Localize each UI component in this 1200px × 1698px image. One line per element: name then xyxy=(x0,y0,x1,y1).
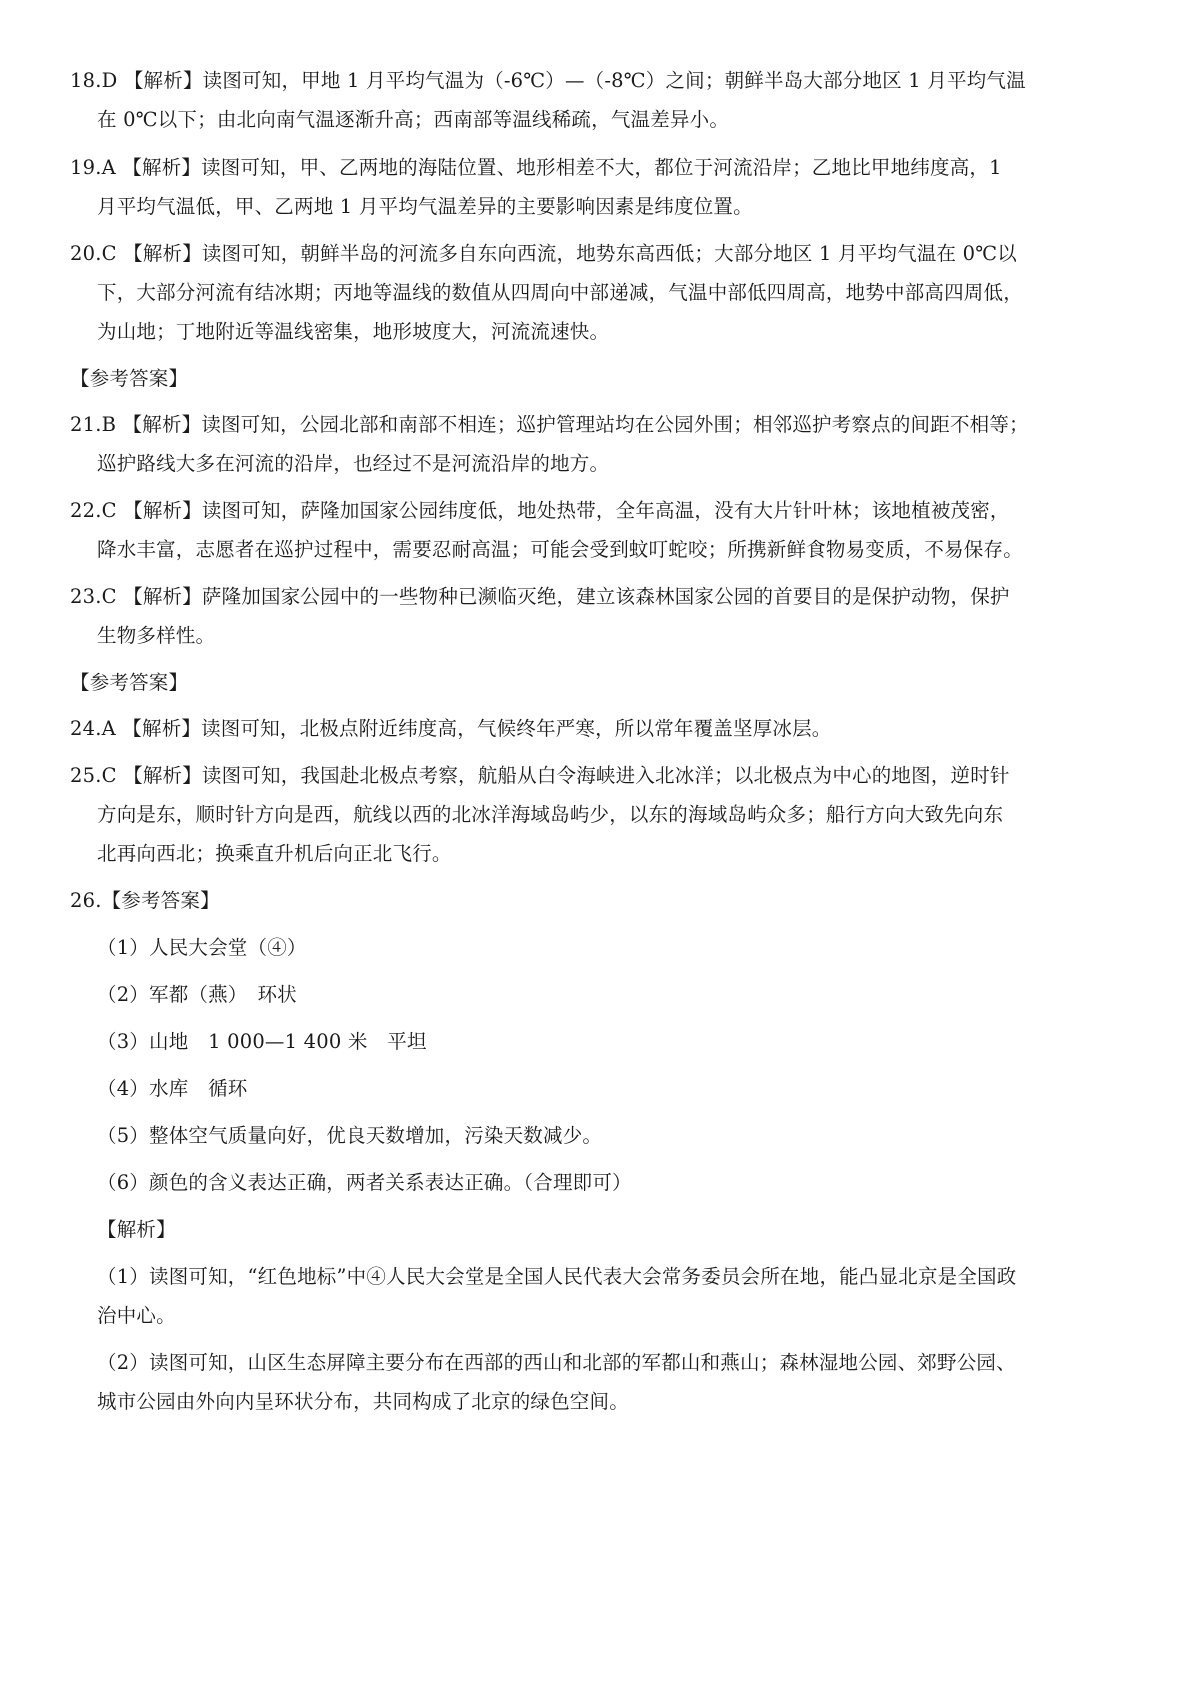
q21-line-2: 巡护路线大多在河流的沿岸，也经过不是河流沿岸的地方。 xyxy=(97,451,609,477)
q26-heading: 26.【参考答案】 xyxy=(70,888,220,914)
q26-analysis-p2-line-1: （2）读图可知，山区生态屏障主要分布在西部的西山和北部的军都山和燕山；森林湿地公… xyxy=(97,1350,1016,1376)
q22-line-1: 22.C 【解析】读图可知，萨隆加国家公园纬度低，地处热带，全年高温，没有大片针… xyxy=(70,498,1010,524)
q23-line-1: 23.C 【解析】萨隆加国家公园中的一些物种已濒临灭绝，建立该森林国家公园的首要… xyxy=(70,584,1010,610)
q26-answer-5: （5）整体空气质量向好，优良天数增加，污染天数减少。 xyxy=(97,1123,602,1149)
q25-line-1: 25.C 【解析】读图可知，我国赴北极点考察，航船从白令海峡进入北冰洋；以北极点… xyxy=(70,763,1010,789)
q26-answer-3: （3）山地 1 000—1 400 米 平坦 xyxy=(97,1029,427,1055)
q26-analysis-p1-line-1: （1）读图可知，“红色地标”中④人民大会堂是全国人民代表大会常务委员会所在地，能… xyxy=(97,1264,1016,1290)
q26-answer-4: （4）水库 循环 xyxy=(97,1076,248,1102)
q20-line-1: 20.C 【解析】读图可知，朝鲜半岛的河流多自东向西流，地势东高西低；大部分地区… xyxy=(70,241,1017,267)
q18-line-1: 18.D 【解析】读图可知，甲地 1 月平均气温为（-6℃）—（-8℃）之间；朝… xyxy=(70,68,1026,94)
q19-line-1: 19.A 【解析】读图可知，甲、乙两地的海陆位置、地形相差不大，都位于河流沿岸；… xyxy=(70,155,1002,181)
q20-line-3: 为山地；丁地附近等温线密集，地形坡度大，河流流速快。 xyxy=(97,319,609,345)
q26-answer-6: （6）颜色的含义表达正确，两者关系表达正确。（合理即可） xyxy=(97,1170,632,1196)
q26-analysis-p1-line-2: 治中心。 xyxy=(97,1303,176,1329)
q21-line-1: 21.B 【解析】读图可知，公园北部和南部不相连；巡护管理站均在公园外围；相邻巡… xyxy=(70,412,1029,438)
q26-analysis-p2-line-2: 城市公园由外向内呈环状分布，共同构成了北京的绿色空间。 xyxy=(97,1389,629,1415)
reference-answer-heading: 【参考答案】 xyxy=(70,366,188,392)
q22-line-2: 降水丰富，志愿者在巡护过程中，需要忍耐高温；可能会受到蚊叮蛇咬；所携新鲜食物易变… xyxy=(97,537,1023,563)
q23-line-2: 生物多样性。 xyxy=(97,623,215,649)
q26-answer-1: （1）人民大会堂（④） xyxy=(97,935,307,961)
q20-line-2: 下，大部分河流有结冰期；丙地等温线的数值从四周向中部递减，气温中部低四周高，地势… xyxy=(97,280,1023,306)
q26-answer-2: （2）军都（燕） 环状 xyxy=(97,982,297,1008)
q19-line-2: 月平均气温低，甲、乙两地 1 月平均气温差异的主要影响因素是纬度位置。 xyxy=(97,194,753,220)
q26-analysis-heading: 【解析】 xyxy=(97,1217,176,1243)
q18-line-2: 在 0℃以下；由北向南气温逐渐升高；西南部等温线稀疏，气温差异小。 xyxy=(97,107,729,133)
q25-line-3: 北再向西北；换乘直升机后向正北飞行。 xyxy=(97,841,452,867)
q24-line-1: 24.A 【解析】读图可知，北极点附近纬度高，气候终年严寒，所以常年覆盖坚厚冰层… xyxy=(70,716,832,742)
q25-line-2: 方向是东，顺时针方向是西，航线以西的北冰洋海域岛屿少，以东的海域岛屿众多；船行方… xyxy=(97,802,1003,828)
reference-answer-heading: 【参考答案】 xyxy=(70,670,188,696)
document-page: 18.D 【解析】读图可知，甲地 1 月平均气温为（-6℃）—（-8℃）之间；朝… xyxy=(0,0,1200,1698)
